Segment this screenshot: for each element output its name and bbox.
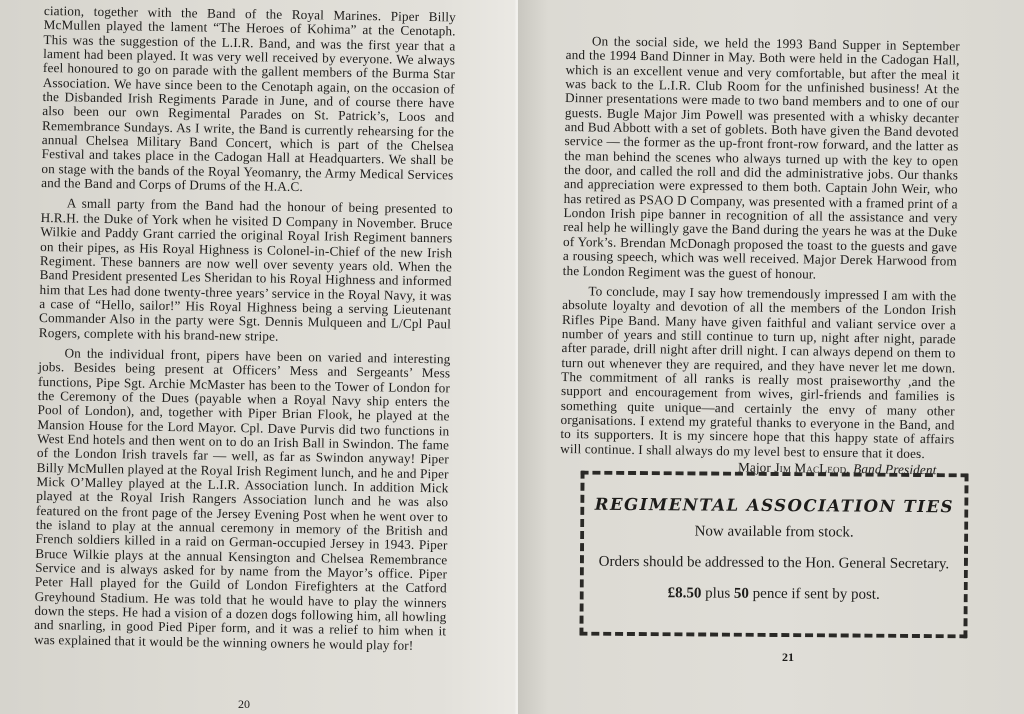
paragraph: ciation, together with the Band of the R… — [41, 4, 456, 197]
advert-availability: Now available from stock. — [584, 522, 964, 544]
left-page: ciation, together with the Band of the R… — [0, 0, 518, 714]
page-number: 20 — [238, 697, 250, 712]
paragraph: On the individual front, pipers have bee… — [34, 346, 451, 654]
paragraph: On the social side, we held the 1993 Ban… — [563, 34, 960, 283]
price-amount: £8.50 — [668, 585, 702, 601]
paragraph: A small party from the Band had the hono… — [39, 196, 453, 346]
postage-amount: 50 — [734, 586, 749, 602]
advert-heading: REGIMENTAL ASSOCIATION TIES — [584, 495, 964, 517]
left-page-body: ciation, together with the Band of the R… — [34, 4, 456, 654]
advert-orders: Orders should be addressed to the Hon. G… — [584, 553, 964, 575]
advert-box: REGIMENTAL ASSOCIATION TIES Now availabl… — [579, 471, 968, 639]
right-page: On the social side, we held the 1993 Ban… — [518, 0, 1024, 714]
price-tail: pence if sent by post. — [753, 586, 880, 603]
price-plus: plus — [705, 586, 730, 602]
advert-price: £8.50 plus 50 pence if sent by post. — [584, 584, 964, 606]
paragraph: To conclude, may I say how tremendously … — [560, 284, 956, 462]
right-page-body: On the social side, we held the 1993 Ban… — [560, 34, 960, 478]
page-number: 21 — [782, 650, 794, 665]
